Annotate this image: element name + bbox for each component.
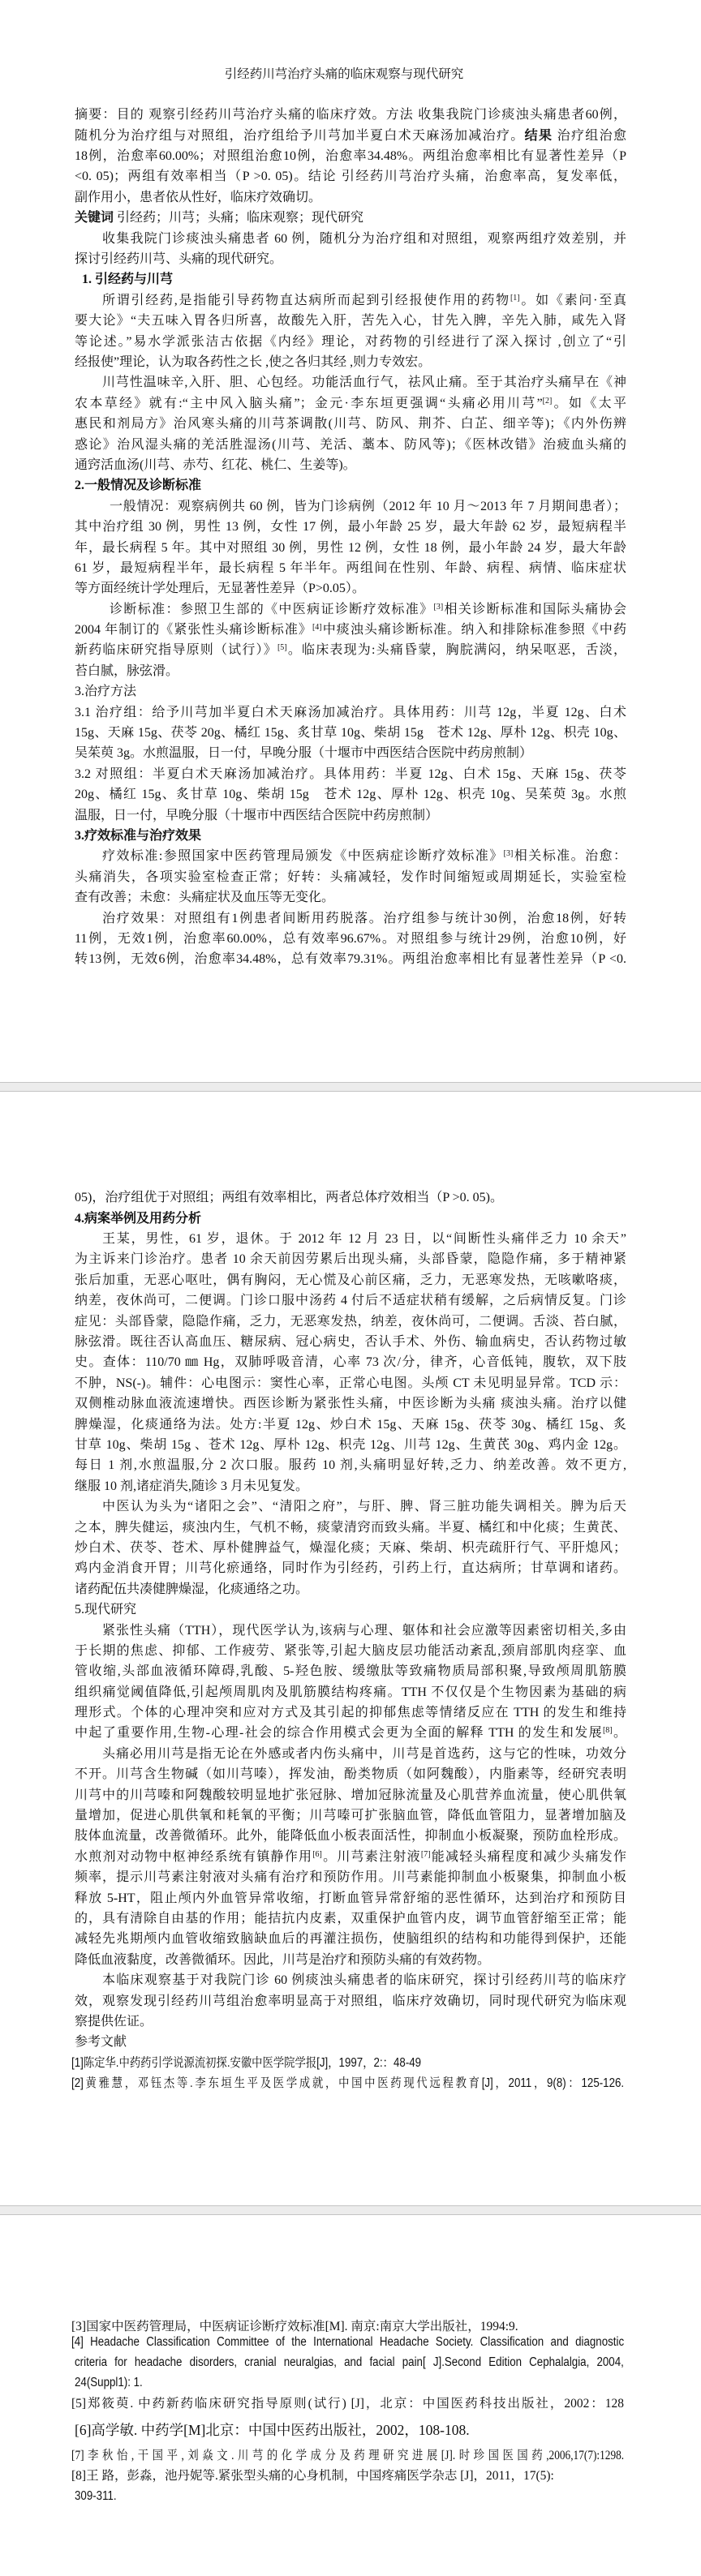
text-line: 经报使”理论，认为取各药性之长 ,使之各归其经 ,则力专效宏。 — [75, 352, 626, 372]
text-line: 疗效标准:参照国家中医药管理局颁发《中医病症诊断疗效标准》[3]相关标准。治愈： — [75, 846, 626, 866]
text-line: 之本，脾失健运，痰浊内生，气机不畅，痰蒙清窍而致头痛。半夏、橘红和中化痰；生黄芪… — [75, 1518, 626, 1538]
text-line: 甘草 10g、柴胡 15g 、苍术 12g、厚朴 12g、枳壳 12g、川芎 1… — [75, 1435, 626, 1455]
reference-item: [8]王 路，彭淼，池丹妮等.紧张型头痛的心身机制，中国疼痛医学杂志 [J]，2… — [71, 2466, 624, 2486]
text-segment: 治疗组治愈 — [553, 129, 626, 143]
reference-continuation: criteria for headache disorders, cranial… — [75, 2352, 624, 2372]
text-line: 诊断标准：参照卫生部的《中医病证诊断疗效标准》[3]相关诊断标准和国际头痛协会 — [75, 599, 626, 620]
citation-marker: [3] — [504, 849, 514, 858]
keywords-label: 关键词 — [75, 211, 114, 225]
reference-text: [7]李秋怡,干国平,刘焱文.川芎的化学成分及药理研究进展[J].时珍国医国药,… — [71, 2445, 624, 2466]
text-segment: 相关诊断标准和国际头痛协会 — [443, 603, 626, 616]
text-segment: 诊断标准：参照卫生部的《中医病证诊断疗效标准》 — [110, 603, 434, 616]
page-2: 05)，治疗组优于对照组；两组有效率相比，两者总体疗效相当（P >0. 05)。… — [0, 1092, 701, 2205]
citation-marker: [8] — [603, 1726, 613, 1735]
text-segment: 能减轻头痛程度和减少头痛发作 — [431, 1850, 626, 1864]
text-segment: 中起了重要作用,生物-心理-社会的综合作用模式会更为全面的解释 TTH 的发生和… — [75, 1726, 603, 1740]
text-line: 组织痛觉阈值降低,引起颅周肌肉及肌筋膜结构疼痛。TTH 不仅仅是个生物因素为基础… — [75, 1682, 626, 1702]
reference-item: [4] Headache Classification Committee of… — [71, 2332, 624, 2352]
reference-item: [1]陈定华.中药药引学说源流初探.安徽中医学院学报[J]，1997，2:：48… — [71, 2053, 626, 2073]
text-line: 管收缩,头部血液循环障碍,乳酸、5-羟色胺、缓缴肽等致痛物质局部积聚,导致颅周肌… — [75, 1661, 626, 1681]
text-line: 频率，提示川芎素注射液对头痛有治疗和预防作用。川芎素能抑制血小板聚集，抑制血小板 — [75, 1867, 626, 1887]
text-line: 年，最长病程 5 年。其中对照组 30 例，男性 12 例，女性 18 例，最小… — [75, 538, 626, 558]
text-line: 肢体血流量，改善微循环。此外，能降低血小板表面活性，抑制血小板凝聚，预防血栓形成… — [75, 1826, 626, 1846]
text-line: 释放 5-HT，阻止颅内外血管异常收缩，打断血管异常舒缩的恶性循环，达到治疗和预… — [75, 1888, 626, 1908]
text-line: 等论述。”易水学派张洁古依据《内经》理论，对药物的引经进行了深入探讨 ,创立了“… — [75, 332, 626, 352]
text-line: 农本草经》就有:“主中风入脑头痛”；金元·李东垣更强调“头痛必用川芎”[2]。如… — [75, 393, 626, 414]
text-line: 川芎性温味辛,入肝、胆、心包经。功能活血行气，祛风止痛。至于其治疗头痛早在《神 — [75, 372, 626, 393]
reference-continuation: 24(Suppl1): 1. — [75, 2372, 624, 2393]
section-heading: 3.疗效标准与治疗效果 — [75, 826, 626, 846]
text-line: 要大论》“夫五味入胃各归所喜，故酸先入肝，苦先入心，甘先入脾，辛先入肺，咸先入肾 — [75, 311, 626, 331]
text-line: 减轻先兆期颅内血管收缩致脑缺血后的再灌注损伤，使脑组织的结构和功能得到保护，还能 — [75, 1929, 626, 1949]
text-line: 水煎剂对动物中枢神经系统有镇静作用[6]。川芎素注射液[7]能减轻头痛程度和减少… — [75, 1847, 626, 1867]
page-1-body: 摘要：目的 观察引经药川芎治疗头痛的临床疗效。方法 收集我院门诊痰浊头痛患者60… — [75, 105, 626, 969]
text-line: 症见：头部昏蒙，隐隐作痛，乏力，无恶寒发热，纳差，夜休尚可，二便调。舌淡、苔白腻… — [75, 1312, 626, 1332]
text-line: 史。查体：110/70 ㎜ Hg，双肺呼吸音清，心率 73 次/分，律齐，心音低… — [75, 1352, 626, 1372]
text-line: 紧张性头痛（TTH），现代医学认为,该病与心理、躯体和社会应激等因素密切相关,多… — [75, 1621, 626, 1641]
reference-item: [5]郑筱萸. 中药新药临床研究指导原则(试行) [J]，北京：中国医药科技出版… — [71, 2394, 624, 2414]
text-line: 王某，男性，61 岁，退休。于 2012 年 12 月 23 日，以“间断性头痛… — [75, 1229, 626, 1249]
page-separator — [0, 1082, 701, 1092]
citation-marker: [3] — [434, 603, 444, 612]
reference-text: [4] Headache Classification Committee of… — [71, 2332, 624, 2352]
text-segment: 中痰浊头痛诊断标准。纳入和排除标准参照《中药 — [322, 623, 626, 637]
text-line: 转13例，无效6例，治愈率34.48%，总有效率79.31%。两组治愈率相比有显… — [75, 949, 626, 969]
reference-item: [7]李秋怡,干国平,刘焱文.川芎的化学成分及药理研究进展[J].时珍国医国药,… — [71, 2445, 624, 2466]
reference-text: criteria for headache disorders, cranial… — [75, 2352, 624, 2372]
text-line: 本临床观察基于对我院门诊 60 例痰浊头痛患者的临床研究，探讨引经药川芎的临床疗 — [75, 1970, 626, 1990]
text-line: 脉弦滑。既往否认高血压、糖尿病、冠心病史，否认手术、外伤、输血病史，否认药物过敏 — [75, 1332, 626, 1352]
text-segment: 相关标准。治愈： — [513, 849, 626, 863]
text-line: 理形式。个体的心理冲突和应对方式及其引起的抑郁焦虑等情绪反应在 TTH 的发生和… — [75, 1702, 626, 1723]
text-line: 为主诉来门诊治疗。患者 10 余天前因劳累后出现头痛，头部昏蒙，隐隐作痛，多于精… — [75, 1249, 626, 1269]
text-line: 于长期的焦虑、抑郁、工作疲劳、紧张等,引起大脑皮层功能活动紊乱,颈肩部肌肉痉挛、… — [75, 1641, 626, 1661]
text-line: 头痛必用川芎是指无论在外感或者内伤头痛中，川芎是首选药，这与它的性味，功效分 — [75, 1744, 626, 1764]
page-1: 引经药川芎治疗头痛的临床观察与现代研究 摘要：目的 观察引经药川芎治疗头痛的临床… — [0, 0, 701, 1082]
text-line: 2004 年制订的《紧张性头痛诊断标准》[4]中痰浊头痛诊断标准。纳入和排除标准… — [75, 620, 626, 640]
text-line: 一般情况：观察病例共 60 例，皆为门诊病例（2012 年 10 月～2013 … — [75, 496, 626, 517]
citation-marker: [6] — [312, 1850, 322, 1859]
text-line: 温服，日一付，早晚分服（十堰市中西医结合医院中药房煎制） — [75, 805, 626, 826]
text-segment: 。川芎素注射液 — [322, 1850, 421, 1864]
text-segment: 2004 年制订的《紧张性头痛诊断标准》 — [75, 623, 312, 637]
text-line: 川芎中的川芎嗪和阿魏酸较明显地扩张冠脉、增加冠脉流量及心肌营养血流量，使心肌供氧 — [75, 1785, 626, 1805]
text-line: 诸药配伍共凑健脾燥湿，化痰通络之功。 — [75, 1579, 626, 1599]
text-line: 所谓引经药,是指能引导药物直达病所而起到引经报使作用的药物[1]。如《素问·至真 — [75, 290, 626, 311]
text-segment: 疗效标准:参照国家中医药管理局颁发《中医病症诊断疗效标准》 — [102, 849, 504, 863]
section-heading: 4.病案举例及用药分析 — [75, 1209, 626, 1229]
text-line: 头痛消失，各项实验室检查正常；好转：头痛减轻，发作时间缩短或周期延长，实验室检 — [75, 867, 626, 887]
text-line: 炒白术、茯苓、苍术、厚朴健脾益气，燥湿化痰；天麻、柴胡、枳壳疏肝行气、平肝熄风； — [75, 1538, 626, 1558]
text-line: 查有改善；未愈：头痛症状及血压等无变化。 — [75, 887, 626, 908]
text-line: 新药临床研究指导原则（试行）》[5]。临床表现为:头痛昏蒙，胸脘满闷，纳呆呕恶，… — [75, 640, 626, 660]
page-3: [3]国家中医药管理局，中医病证诊断疗效标准[M]. 南京:南京大学出版社，19… — [0, 2215, 701, 2576]
text-line: 张后加重，无恶心呕吐，偶有胸闷，无心慌及心前区痛，乏力，无恶寒发热，无咳嗽咯痰， — [75, 1270, 626, 1290]
abstract-line: 摘要：目的 观察引经药川芎治疗头痛的临床疗效。方法 收集我院门诊痰浊头痛患者60… — [75, 105, 626, 125]
text-segment: 新药临床研究指导原则（试行）》 — [75, 643, 277, 657]
citation-marker: [4] — [312, 623, 322, 632]
text-line: 收集我院门诊痰浊头痛患者 60 例，随机分为治疗组和对照组，观察两组疗效差别，并 — [75, 229, 626, 249]
reference-text: 309-311. — [75, 2486, 624, 2506]
text-line: 05)，治疗组优于对照组；两组有效率相比，两者总体疗效相当（P >0. 05)。 — [75, 1187, 626, 1208]
references-heading: 参考文献 — [75, 2032, 626, 2052]
abstract-line: 18例，治愈率60.00%；对照组治愈10例，治愈率34.48%。两组治愈率相比… — [75, 146, 626, 166]
text-line: 吴茱萸 3g。水煎温服，日一付，早晚分服（十堰市中西医结合医院中药房煎制） — [75, 743, 626, 763]
keywords-line: 关键词 引经药；川芎；头痛；临床观察；现代研究 — [75, 208, 626, 228]
section-heading: 2.一般情况及诊断标准 — [75, 475, 626, 496]
text-line: 其中治疗组 30 例，男性 13 例，女性 17 例，最小年龄 25 岁，最大年… — [75, 517, 626, 537]
text-segment: 。如《素问·至真 — [520, 294, 626, 307]
text-line: 不开。川芎含生物碱（如川芎嗪），挥发油，酚类物质（如阿魏酸），内脂素等，经研究表… — [75, 1764, 626, 1784]
text-line: 15g、天麻 15g、茯苓 20g、橘红 15g、炙甘草 10g、柴胡 15g … — [75, 723, 626, 743]
text-line: 惠民和剂局方》治风寒头痛的川芎茶调散(川芎、防风、荆芥、白芷、细辛等)；《内外伤… — [75, 414, 626, 434]
text-line: 3.2 对照组：半夏白术天麻汤加减治疗。具体用药：半夏 12g、白术 15g、天… — [75, 764, 626, 784]
text-line: 治疗效果：对照组有1例患者间断用药脱落。治疗组参与统计30例，治愈18例，好转 — [75, 908, 626, 929]
reference-text: [1]陈定华.中药药引学说源流初探.安徽中医学院学报[J]，1997，2:：48… — [71, 2053, 624, 2073]
text-line: 等方面经统计学处理后，无显著性差异（P>0.05）。 — [75, 578, 626, 599]
text-line: 通窍活血汤(川芎、赤芍、红花、桃仁、生姜等)。 — [75, 455, 626, 475]
citation-marker: [1] — [510, 294, 520, 303]
reference-text: 24(Suppl1): 1. — [75, 2372, 624, 2393]
text-segment: 。 — [613, 1726, 626, 1740]
page-2-body: 05)，治疗组优于对照组；两组有效率相比，两者总体疗效相当（P >0. 05)。… — [75, 1187, 626, 2093]
text-line: 3.1 治疗组：给予川芎加半夏白术天麻汤加减治疗。具体用药：川芎 12g，半夏 … — [75, 702, 626, 723]
text-line: 脾燥湿，化痰通络为法。处方:半夏 12g、炒白术 15g、天麻 15g、茯苓 3… — [75, 1415, 626, 1435]
text-line: 每日 1 剂,水煎温服,分 2 次口服。服药 10 剂,头痛明显好转,乏力、纳差… — [75, 1455, 626, 1475]
page-separator — [0, 2205, 701, 2215]
text-line: 量增加，促进心肌供氧和耗氧的平衡；川芎嗪可扩张脑血管，降低血管阻力，显著增加脑及 — [75, 1805, 626, 1826]
text-segment: 。如《太平 — [552, 397, 626, 410]
reference-continuation: 309-311. — [75, 2486, 624, 2506]
text-line: 鸡内金消食开胃；川芎化瘀通络，同时作为引经药，引药上行，直达病所；甘草调和诸药。 — [75, 1558, 626, 1578]
citation-marker: [5] — [277, 643, 287, 652]
text-line: 纳差，夜休尚可，二便调。门诊口服中汤药 4 付后不适症状稍有缓解，之后病情反复。… — [75, 1290, 626, 1311]
text-segment: 水煎剂对动物中枢神经系统有镇静作用 — [75, 1850, 312, 1864]
section-heading: 3.治疗方法 — [75, 681, 626, 702]
text-line: 11例，无效1例，治愈率60.00%，总有效率96.67%。对照组参与统计29例… — [75, 929, 626, 949]
text-line: 的，具有清除自由基的作用；能拮抗内皮素，双重保护血管内皮，调节血管舒缩至正常；能 — [75, 1908, 626, 1929]
document-title: 引经药川芎治疗头痛的临床观察与现代研究 — [0, 64, 688, 84]
text-line: 中医认为头为“诸阳之会”、“清阳之府”，与肝、脾、肾三脏功能失调相关。脾为后天 — [75, 1496, 626, 1517]
reference-text: [2]黄雅慧，邓钰杰等.李东垣生平及医学成就，中国中医药现代远程教育[J]，20… — [71, 2073, 624, 2093]
text-line: 61 岁，最短病程半年，最长病程 5 年半年。两组间在性别、年龄、病程、病情、临… — [75, 558, 626, 578]
citation-marker: [7] — [421, 1850, 431, 1859]
citation-marker: [2] — [543, 397, 553, 406]
text-segment: 随机分为治疗组与对照组，治疗组给予川芎加半夏白术天麻汤加减治疗。 — [75, 129, 525, 143]
text-line: 苔白腻，脉弦滑。 — [75, 661, 626, 681]
section-heading: 5.现代研究 — [75, 1599, 626, 1620]
text-line: 降低血液黏度，改善微循环。因此，川芎是治疗和预防头痛的有效药物。 — [75, 1950, 626, 1970]
text-segment: 所谓引经药,是指能引导药物直达病所而起到引经报使作用的药物 — [102, 294, 510, 307]
section-heading: 1. 引经药与川芎 — [75, 269, 626, 290]
keywords-list: 引经药；川芎；头痛；临床观察；现代研究 — [114, 211, 363, 225]
text-segment: 。临床表现为:头痛昏蒙，胸脘满闷，纳呆呕恶，舌淡， — [287, 643, 626, 657]
text-segment: 农本草经》就有:“主中风入脑头痛”；金元·李东垣更强调“头痛必用川芎” — [75, 397, 543, 410]
text-line: 不肿，NS(-)。辅件：心电图示：窦性心率，正常心电图。头颅 CT 未见明显异常… — [75, 1373, 626, 1393]
abstract-line: 副作用小，患者依从性好，临床疗效确切。 — [75, 187, 626, 208]
text-line: 中起了重要作用,生物-心理-社会的综合作用模式会更为全面的解释 TTH 的发生和… — [75, 1723, 626, 1743]
text-line: 20g、橘红 15g、炙甘草 10g、柴胡 15g 苍术 12g、厚朴 12g、… — [75, 784, 626, 805]
abstract-result-label: 结果 — [525, 129, 553, 143]
text-line: 双侧椎动脉血液流速增快。西医诊断为紧张性头痛，中医诊断为头痛 痰浊头痛。治疗以健 — [75, 1393, 626, 1414]
text-line: 察提供佐证。 — [75, 2011, 626, 2032]
abstract-line: <0. 05)；两组有效率相当（P >0. 05)。结论 引经药川芎治疗头痛，治… — [75, 166, 626, 187]
text-line: 惑论》治风湿头痛的羌活胜湿汤(川芎、羌活、藁本、防风等)；《医林改错》治疲血头痛… — [75, 435, 626, 455]
reference-item: [6]高学敏. 中药学[M]北京：中国中医药出版社，2002，108-108. — [75, 2420, 627, 2441]
text-line: 探讨引经药川芎、头痛的现代研究。 — [75, 249, 626, 269]
text-line: 继服 10 剂,诸症消失,随诊 3 月未见复发。 — [75, 1476, 626, 1496]
text-line: 效，观察发现引经药川芎组治愈率明显高于对照组，临床疗效确切，同时现代研究为临床观 — [75, 1991, 626, 2011]
reference-item: [2]黄雅慧，邓钰杰等.李东垣生平及医学成就，中国中医药现代远程教育[J]，20… — [71, 2073, 626, 2093]
abstract-line: 随机分为治疗组与对照组，治疗组给予川芎加半夏白术天麻汤加减治疗。结果 治疗组治愈 — [75, 126, 626, 146]
